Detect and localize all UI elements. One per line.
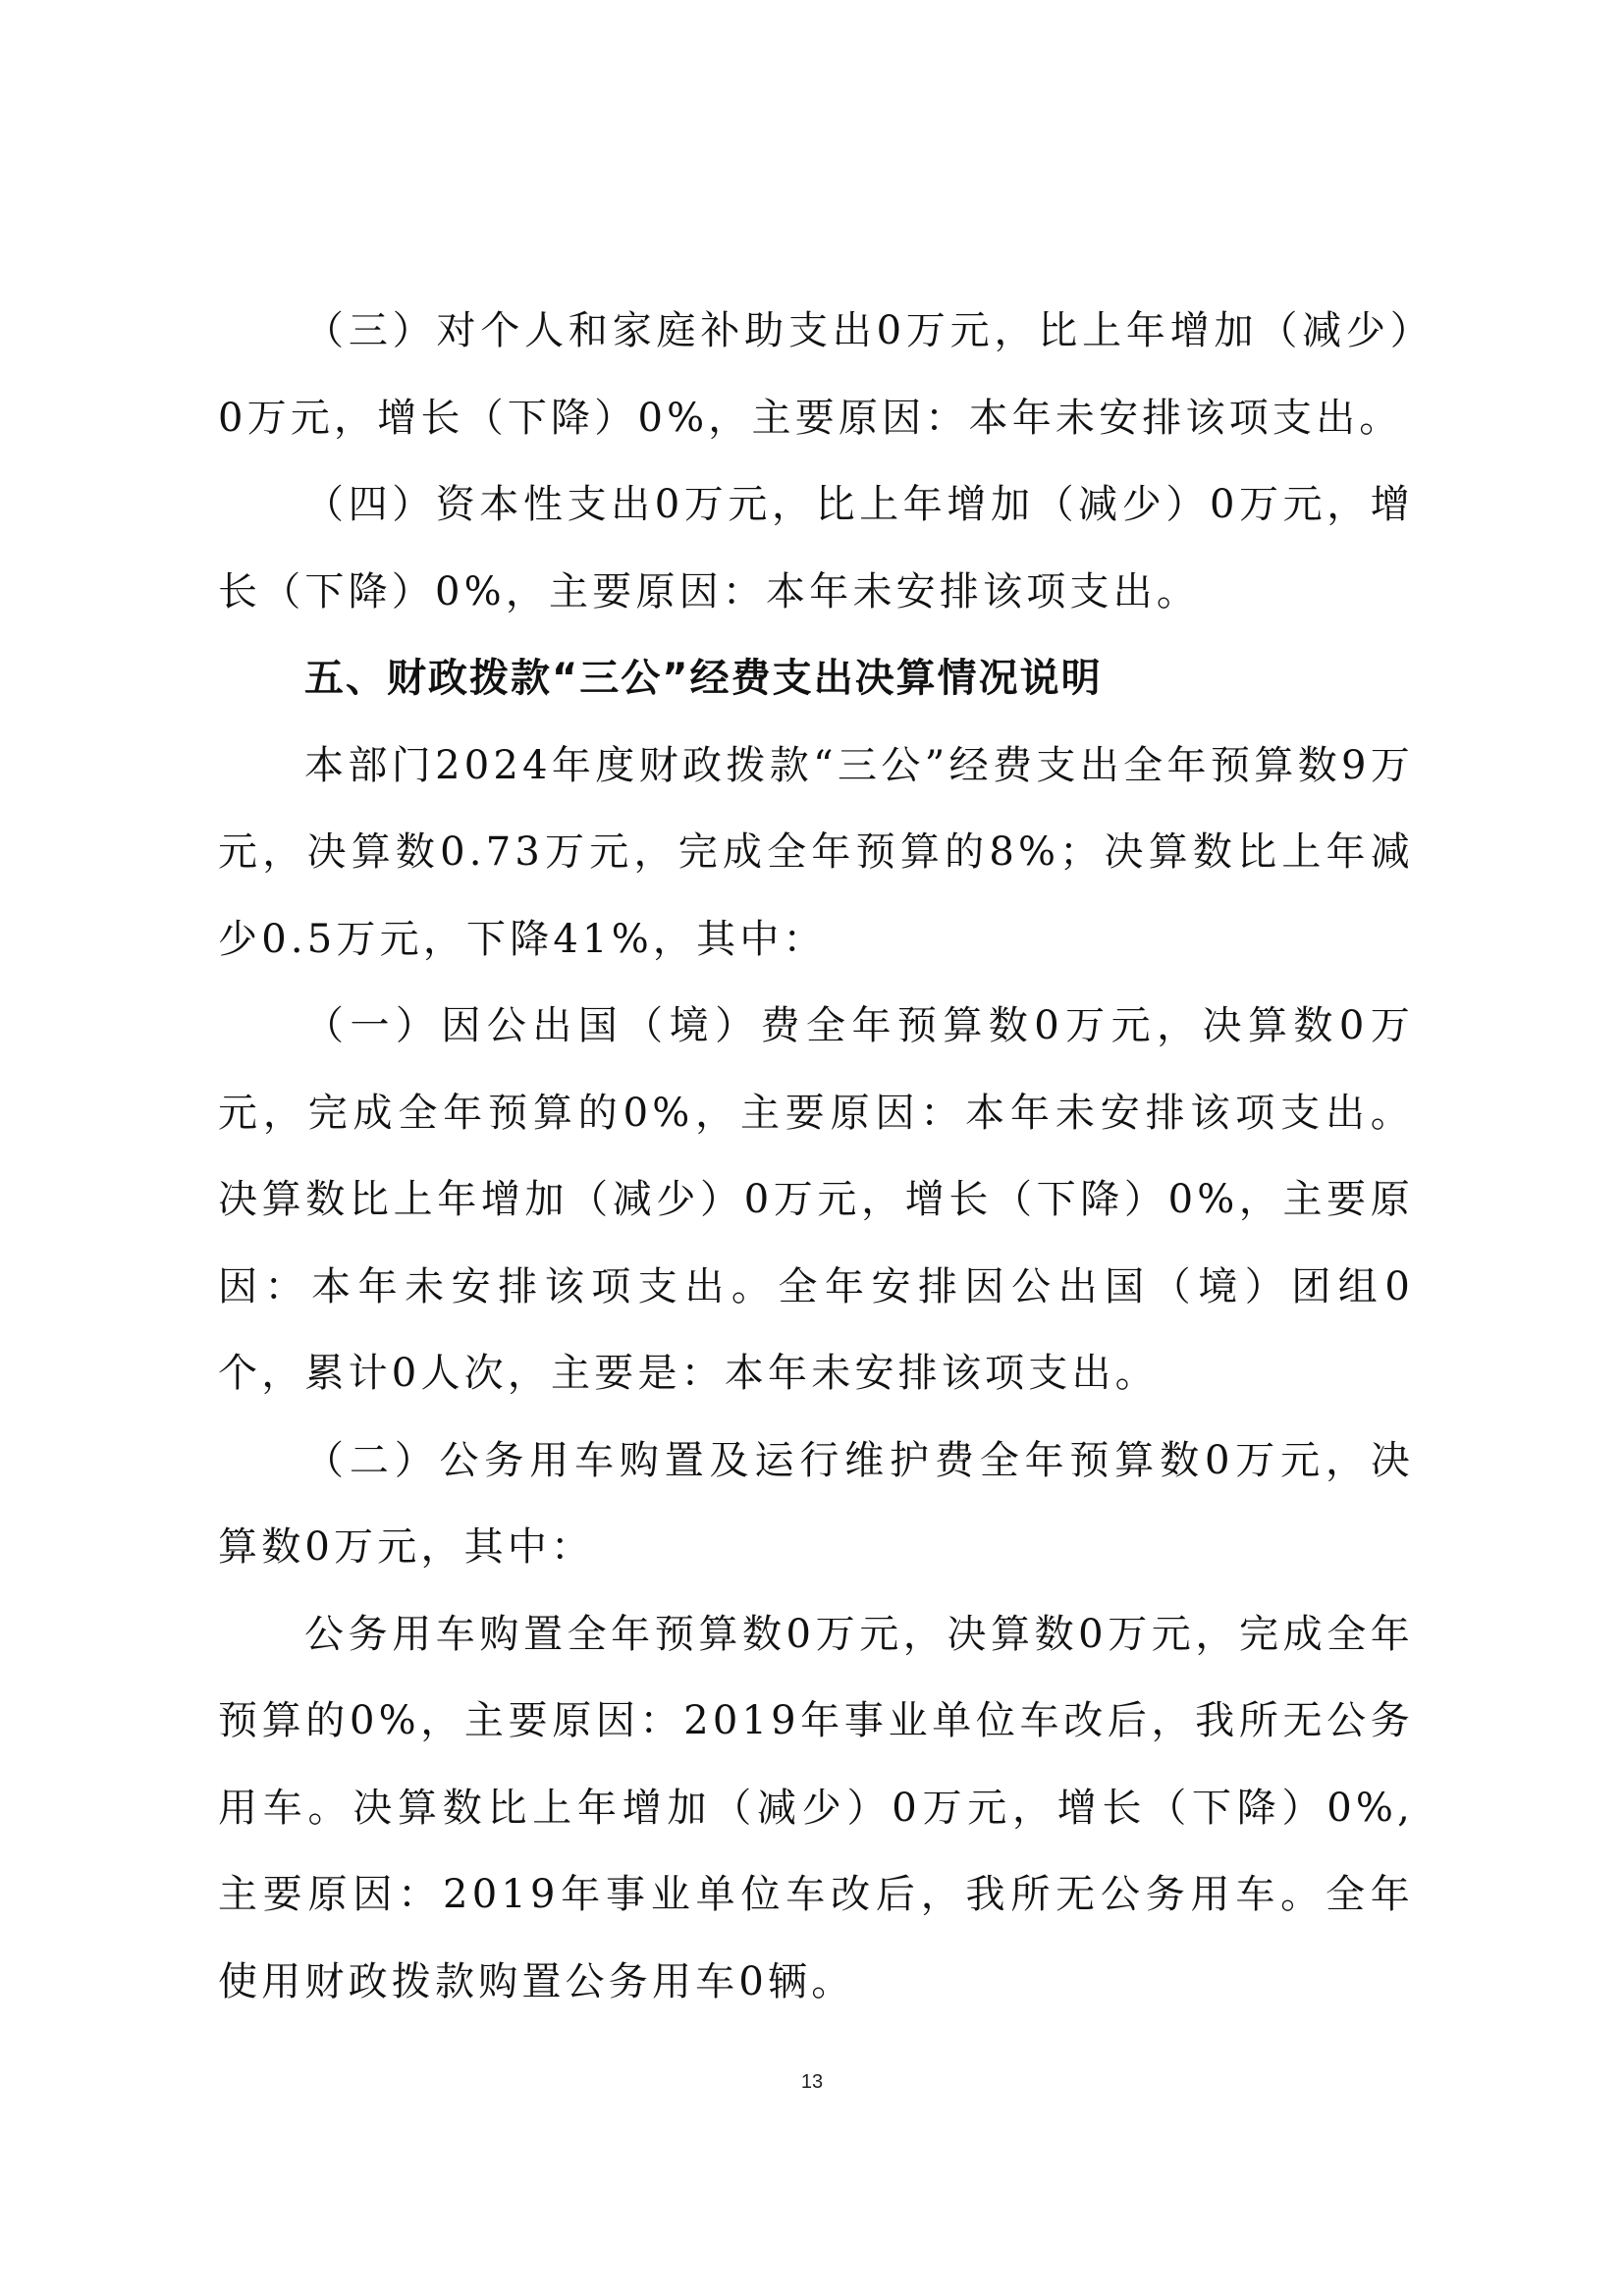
paragraph-vehicle-purchase: 公务用车购置全年预算数0万元，决算数0万元，完成全年预算的0%，主要原因：201…	[218, 1591, 1414, 2026]
paragraph-personal-subsidy: （三）对个人和家庭补助支出0万元，比上年增加（减少）0万元，增长（下降）0%，主…	[218, 288, 1414, 461]
document-page: （三）对个人和家庭补助支出0万元，比上年增加（减少）0万元，增长（下降）0%，主…	[0, 0, 1624, 2296]
document-body: （三）对个人和家庭补助支出0万元，比上年增加（减少）0万元，增长（下降）0%，主…	[218, 288, 1414, 2025]
section-heading-three-public: 五、财政拨款“三公”经费支出决算情况说明	[218, 635, 1414, 722]
paragraph-three-public-summary: 本部门2024年度财政拨款“三公”经费支出全年预算数9万元，决算数0.73万元，…	[218, 722, 1414, 984]
paragraph-vehicle-expenses: （二）公务用车购置及运行维护费全年预算数0万元，决算数0万元，其中：	[218, 1417, 1414, 1591]
page-number: 13	[0, 2071, 1624, 2094]
paragraph-capital-expenditure: （四）资本性支出0万元，比上年增加（减少）0万元，增长（下降）0%，主要原因：本…	[218, 461, 1414, 635]
paragraph-overseas-travel: （一）因公出国（境）费全年预算数0万元，决算数0万元，完成全年预算的0%，主要原…	[218, 983, 1414, 1417]
